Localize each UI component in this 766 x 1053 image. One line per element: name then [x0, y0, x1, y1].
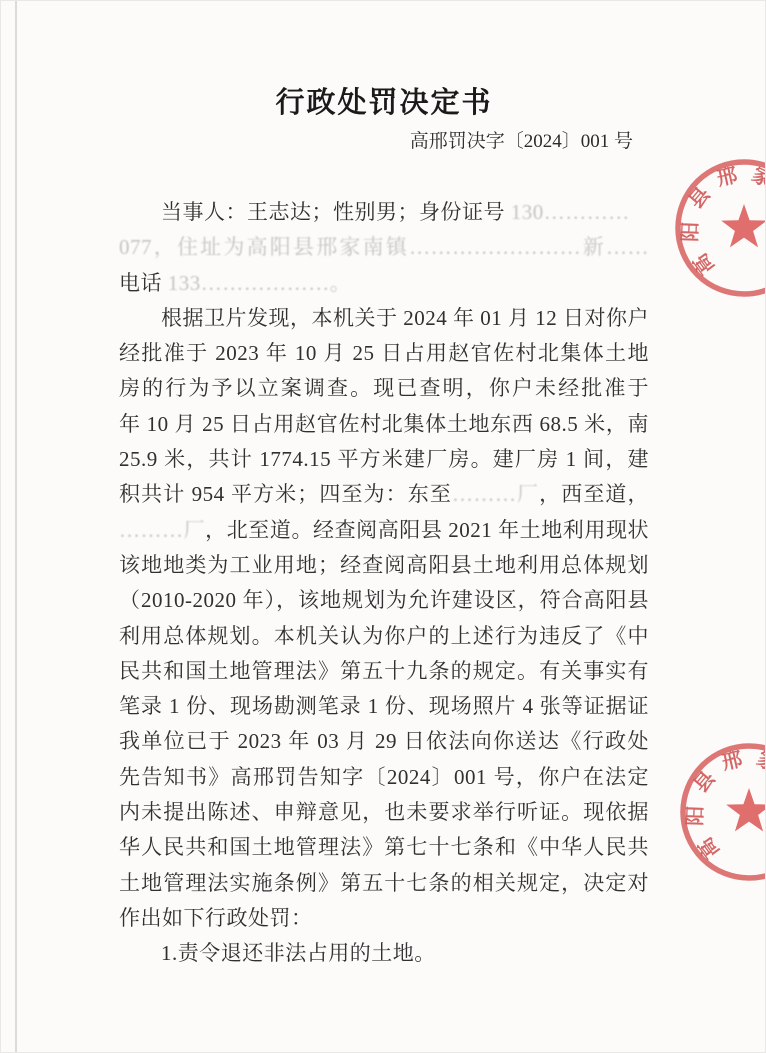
document-text: 年 10 月 25 日占用赵官佐村北集体土地东西 68.5 米，南北 — [119, 412, 649, 442]
document-text: 作出如下行政处罚： — [119, 906, 313, 930]
document-text: 我单位已于 2023 年 03 月 29 日依法向你送达《行政处罚事 — [119, 729, 649, 759]
document-text: 民共和国土地管理法》第五十九条的规定。有关事实有询问 — [119, 659, 649, 689]
document-text: 积共计 954 平方米；四至为：东至 — [119, 482, 452, 506]
document-text: 利用总体规划。本机关认为你户的上述行为违反了《中华人 — [119, 624, 649, 654]
document-number: 高邢罚决字〔2024〕001 号 — [119, 129, 649, 155]
redacted-text: 077，住址为高阳县邢家南镇……………………新……号； — [119, 235, 649, 265]
star-icon — [721, 204, 766, 247]
document-text: 1.责令退还非法占用的土地。 — [161, 941, 436, 965]
seal-arc-text: 高阳县邢家南 — [679, 161, 766, 279]
document-line: 077，住址为高阳县邢家南镇……………………新……号； — [119, 230, 649, 265]
star-icon — [726, 788, 766, 831]
official-seal-top-graphic: 高阳县邢家南 — [664, 148, 766, 308]
document-line: 根据卫片发现，本机关于 2024 年 01 月 12 日对你户未 — [119, 301, 649, 336]
document-text: 房的行为予以立案调查。现已查明，你户未经批准于 2023 — [119, 376, 649, 406]
document-text: 当事人：王志达；性别男；身份证号 — [161, 200, 511, 224]
redacted-text: ………厂 — [119, 518, 205, 542]
document-text: 经批准于 2023 年 10 月 25 日占用赵官佐村北集体土地建厂 — [119, 341, 649, 371]
seal-ring — [683, 746, 766, 878]
document-text: 先告知书》高邢罚告知字〔2024〕001 号，你户在法定期限 — [119, 765, 649, 795]
scanned-document-page: 行政处罚决定书 高邢罚决字〔2024〕001 号 当事人：王志达；性别男；身份证… — [0, 0, 766, 1053]
seal-ring — [678, 162, 766, 294]
document-line: 民共和国土地管理法》第五十九条的规定。有关事实有询问 — [119, 654, 649, 689]
document-line: 利用总体规划。本机关认为你户的上述行为违反了《中华人 — [119, 619, 649, 654]
redacted-text: ………厂 — [452, 482, 539, 506]
document-text: 笔录 1 份、现场勘测笔录 1 份、现场照片 4 张等证据证明。 — [119, 694, 649, 724]
document-body: 当事人：王志达；性别男；身份证号 130…………077，住址为高阳县邢家南镇……… — [119, 195, 649, 972]
document-line: 当事人：王志达；性别男；身份证号 130………… — [119, 195, 649, 230]
redacted-text: 130………… — [511, 200, 630, 224]
document-line: 经批准于 2023 年 10 月 25 日占用赵官佐村北集体土地建厂 — [119, 336, 649, 371]
document-text: 根据卫片发现，本机关于 2024 年 01 月 12 日对你户未 — [119, 306, 649, 336]
document-text: 内未提出陈述、申辩意见，也未要求举行听证。现依据《中 — [119, 800, 649, 830]
document-text: 华人民共和国土地管理法》第七十七条和《中华人民共和国 — [119, 835, 649, 865]
document-line: 华人民共和国土地管理法》第七十七条和《中华人民共和国 — [119, 830, 649, 865]
document-line: 我单位已于 2023 年 03 月 29 日依法向你送达《行政处罚事 — [119, 724, 649, 759]
official-seal-bottom: 高阳县邢家 — [669, 732, 766, 892]
document-text: 25.9 米，共计 1774.15 平方米建厂房。建厂房 1 间，建筑面 — [119, 447, 649, 477]
seal-arc-text: 高阳县邢家 — [684, 745, 766, 863]
document-title: 行政处罚决定书 — [119, 85, 649, 121]
document-text: 土地管理法实施条例》第五十七条的相关规定，决定对你户 — [119, 871, 649, 901]
document-line: 该地地类为工业用地；经查阅高阳县土地利用总体规划图 — [119, 548, 649, 583]
document-line: 先告知书》高邢罚告知字〔2024〕001 号，你户在法定期限 — [119, 760, 649, 795]
document-text: 电话 — [119, 271, 168, 295]
document-line: 内未提出陈述、申辩意见，也未要求举行听证。现依据《中 — [119, 795, 649, 830]
document-line: 电话 133………………。 — [119, 266, 649, 301]
document-line: 年 10 月 25 日占用赵官佐村北集体土地东西 68.5 米，南北 — [119, 407, 649, 442]
document-line: 作出如下行政处罚： — [119, 901, 649, 936]
document-line: ………厂，北至道。经查阅高阳县 2021 年土地利用现状图， — [119, 513, 649, 548]
document-line: 25.9 米，共计 1774.15 平方米建厂房。建厂房 1 间，建筑面 — [119, 442, 649, 477]
document-line: 笔录 1 份、现场勘测笔录 1 份、现场照片 4 张等证据证明。 — [119, 689, 649, 724]
document-line: 积共计 954 平方米；四至为：东至………厂，西至道，南至 — [119, 477, 649, 512]
official-seal-top: 高阳县邢家南 — [664, 148, 766, 308]
scan-edge-artifact — [15, 1, 17, 1052]
document-line: （2010-2020 年），该地规划为允许建设区，符合高阳县土地 — [119, 583, 649, 618]
redacted-text: 133………………。 — [168, 271, 352, 295]
document-content: 行政处罚决定书 高邢罚决字〔2024〕001 号 当事人：王志达；性别男；身份证… — [119, 85, 649, 972]
document-line: 房的行为予以立案调查。现已查明，你户未经批准于 2023 — [119, 371, 649, 406]
document-text: （2010-2020 年），该地规划为允许建设区，符合高阳县土地 — [119, 588, 649, 618]
official-seal-bottom-graphic: 高阳县邢家 — [669, 732, 766, 892]
document-text: 该地地类为工业用地；经查阅高阳县土地利用总体规划图 — [119, 553, 649, 583]
document-line: 1.责令退还非法占用的土地。 — [119, 936, 649, 971]
document-line: 土地管理法实施条例》第五十七条的相关规定，决定对你户 — [119, 866, 649, 901]
